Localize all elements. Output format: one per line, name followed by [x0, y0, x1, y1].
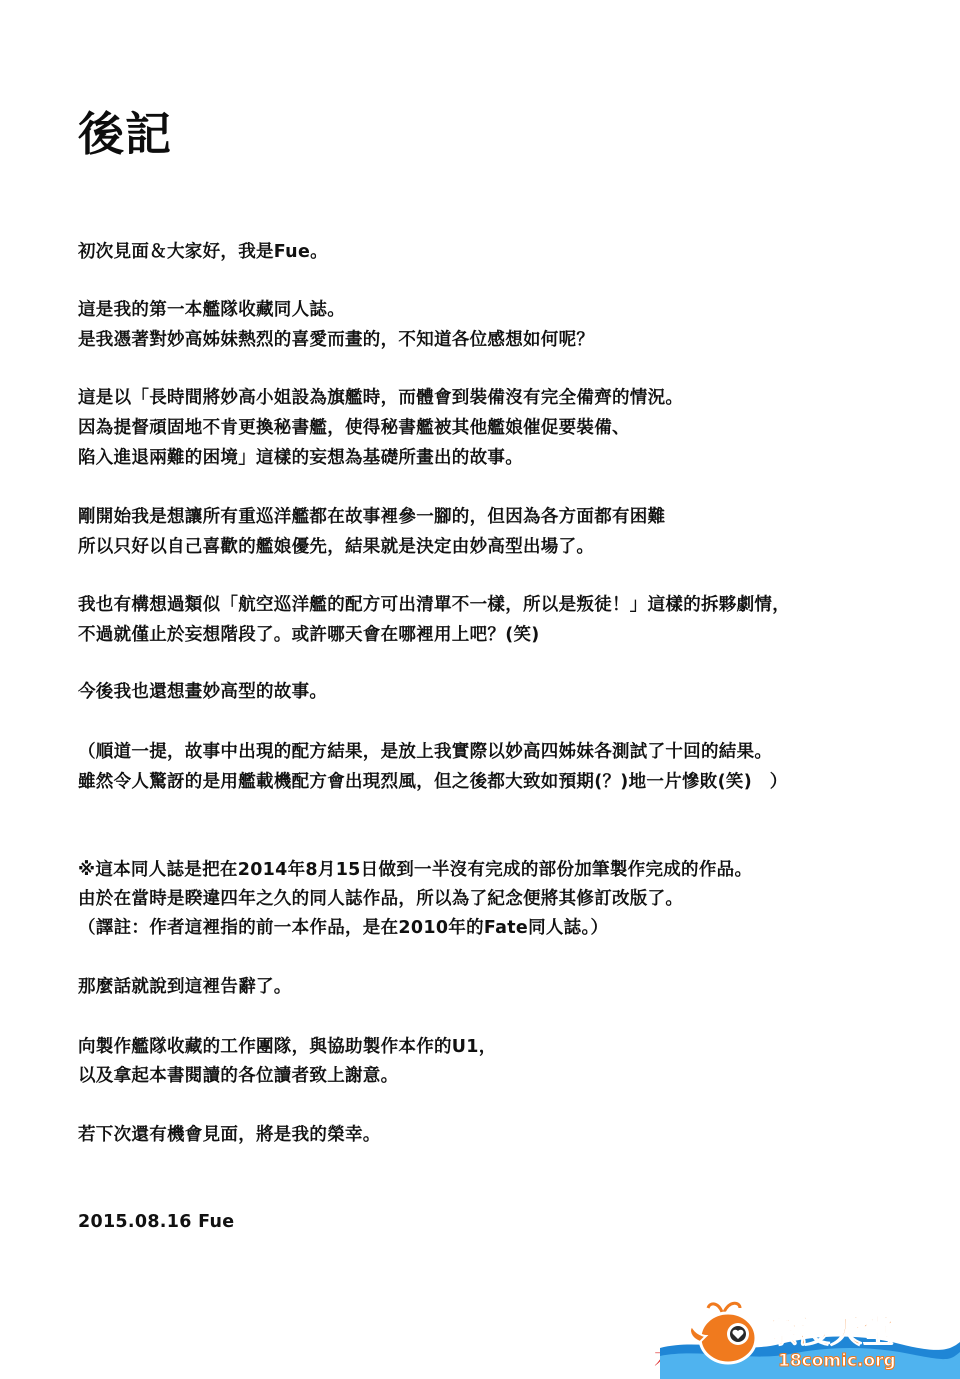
text-line-p4-l1: 我也有構想過類似「航空巡洋艦的配方可出清單不一樣，所以是叛徒！」這樣的拆夥劇情，: [78, 593, 790, 617]
text-line-p8-l1: 向製作艦隊收藏的工作團隊，與協助製作本作的U1，: [78, 1035, 497, 1059]
text-line-p6-l2: 雖然令人驚訝的是用艦載機配方會出現烈風，但之後都大致如預期(？)地一片慘敗(笑)…: [78, 770, 788, 794]
whale-mascot-heart-icon: 禁漫天堂 18comic.org: [660, 1290, 960, 1379]
text-line-p7-l1: 那麼話就說到這裡告辭了。: [78, 975, 292, 999]
text-line-note-l2: 由於在當時是睽違四年之久的同人誌作品，所以為了紀念便將其修訂改版了。: [78, 887, 683, 911]
text-line-p2-l3: 陷入進退兩難的困境」這樣的妄想為基礎所畫出的故事。: [78, 446, 523, 470]
text-line-greeting: 初次見面＆大家好，我是Fue。: [78, 240, 328, 264]
text-line-note-l3: （譯註：作者這裡指的前一本作品，是在2010年的Fate同人誌。）: [78, 916, 608, 940]
text-line-p6-l1: （順道一提，故事中出現的配方結果，是放上我實際以妙高四姊妹各測試了十回的結果。: [78, 740, 772, 764]
text-line-p8-l2: 以及拿起本書閱讀的各位讀者致上謝意。: [78, 1064, 398, 1088]
svg-text:禁漫天堂: 禁漫天堂: [766, 1312, 894, 1350]
text-line-p1-l1: 這是我的第一本艦隊收藏同人誌。: [78, 298, 345, 322]
text-line-p2-l2: 因為提督頑固地不肯更換秘書艦，使得秘書艦被其他艦娘催促要裝備、: [78, 416, 630, 440]
text-line-p9-l1: 若下次還有機會見面，將是我的榮幸。: [78, 1123, 381, 1147]
page-title: 後記: [78, 108, 172, 160]
svg-text:18comic.org: 18comic.org: [778, 1351, 896, 1371]
text-line-note-l1: ※這本同人誌是把在2014年8月15日做到一半沒有完成的部份加筆製作完成的作品。: [78, 858, 752, 882]
text-line-signature: 2015.08.16 Fue: [78, 1210, 234, 1234]
text-line-p5-l1: 今後我也還想畫妙高型的故事。: [78, 680, 327, 704]
afterword-page: 後記 初次見面＆大家好，我是Fue。這是我的第一本艦隊收藏同人誌。是我憑著對妙高…: [0, 0, 960, 1379]
text-line-p3-l1: 剛開始我是想讓所有重巡洋艦都在故事裡參一腳的，但因為各方面都有困難: [78, 505, 665, 529]
text-line-p3-l2: 所以只好以自己喜歡的艦娘優先，結果就是決定由妙高型出場了。: [78, 535, 594, 559]
text-line-p2-l1: 這是以「長時間將妙高小姐設為旗艦時，而體會到裝備沒有完全備齊的情況。: [78, 386, 683, 410]
text-line-p4-l2: 不過就僅止於妄想階段了。或許哪天會在哪裡用上吧？(笑): [78, 623, 540, 647]
text-line-p1-l2: 是我憑著對妙高姊妹熱烈的喜愛而畫的，不知道各位感想如何呢？: [78, 328, 594, 352]
watermark-logo: 禁漫天堂 18comic.org: [660, 1290, 960, 1379]
